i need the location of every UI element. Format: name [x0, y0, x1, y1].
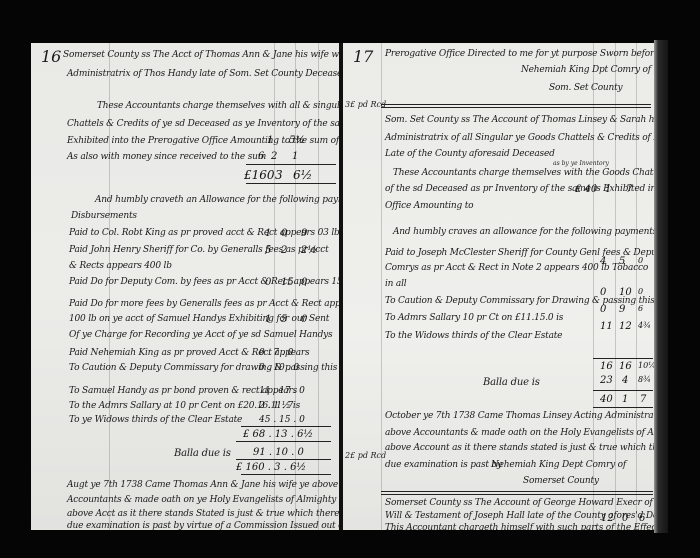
- section-divider: [381, 107, 651, 108]
- commissary-signature: Nehemiah King Dept Comry of: [491, 460, 626, 470]
- grand-total-pence: 7: [640, 394, 646, 405]
- amount-cell: 2: [271, 151, 277, 162]
- disbursement-text: Paid Do for more fees by Generalls fees …: [69, 299, 339, 309]
- amount-pence: 0: [638, 287, 643, 296]
- disbursement-text: Paid to Joseph McClester Sheriff for Cou…: [385, 248, 654, 258]
- disbursement-amount: 45 . 15 . 0: [259, 415, 305, 425]
- amount-pence: 2½: [301, 245, 317, 256]
- amount-cell: 1: [267, 135, 273, 146]
- disbursement-text: & Rects appears 400 lb: [69, 261, 172, 271]
- disbursement-amount: 0 . 7 . 0: [259, 348, 293, 358]
- oath-text: above Accountants & made oath on the Hol…: [385, 428, 654, 438]
- amount-pounds: 11: [600, 321, 613, 332]
- allowance-text: And humbly craves an allowance for the f…: [393, 227, 654, 237]
- amount-shillings: 12: [619, 321, 632, 332]
- charge-text: This Accountant chargeth himself with su…: [385, 523, 654, 530]
- disbursement-amount: 11 . 17 . 0: [259, 386, 305, 396]
- sum-rule: [593, 358, 653, 359]
- commissary-signature: Somerset County: [523, 476, 599, 486]
- next-amount-shillings: 0: [622, 513, 628, 524]
- amount-pence: 0: [301, 277, 307, 288]
- oath-text: due examination is past by: [385, 460, 502, 470]
- amount-cell: 1: [292, 151, 298, 162]
- amount-shillings: 2: [281, 245, 287, 256]
- sum-rule: [241, 474, 331, 475]
- balance-label: Balla due is: [174, 448, 231, 459]
- disbursement-text: To Caution & Deputy Commissary for Drawi…: [385, 296, 654, 306]
- disbursement-amount: 0 . 10 . 0: [259, 363, 299, 373]
- charge-total-pounds: £ 40: [575, 184, 597, 195]
- charge-total-pounds: £160: [244, 168, 275, 182]
- balance-shillings: 4: [622, 375, 628, 386]
- disbursement-text: Comrys as pr Acct & Rect in Note 2 appea…: [385, 263, 648, 273]
- account-header: Administratrix of Thos Handy late of Som…: [67, 69, 339, 79]
- charge-total-shillings: 1: [605, 184, 611, 195]
- disbursement-text: 100 lb on ye acct of Samuel Handys Exhib…: [69, 314, 329, 324]
- disbursement-text: To Admrs Sallary 10 pr Ct on £11.15.0 is: [385, 313, 563, 323]
- charge-text: These Accountants charge themselves with…: [97, 101, 339, 111]
- page-number: 16: [41, 47, 61, 66]
- account-header: Somerset County ss The Account of George…: [385, 498, 654, 508]
- balance-label: Balla due is: [483, 377, 540, 388]
- amount-shillings: 5: [281, 314, 287, 325]
- disbursement-text: To ye Widows thirds of the Clear Estate: [69, 415, 242, 425]
- amount-cell: 5½: [289, 135, 305, 146]
- fee-margin-note: 2£ pd Rcd: [345, 451, 386, 460]
- grand-total-pounds: 40: [600, 394, 613, 405]
- balance-amount: 91 . 10 . 0: [253, 447, 304, 458]
- amount-pounds: 0: [265, 277, 271, 288]
- allowance-text: Disbursements: [71, 211, 137, 221]
- subtotal: £ 68 . 13 . 6½: [243, 429, 313, 440]
- oath-text: Accountants & made oath on ye Holy Evang…: [67, 495, 339, 505]
- commissary-signature: Nehemiah King Dpt Comry of: [521, 65, 651, 75]
- sum-rule: [246, 183, 336, 184]
- charge-text: Office Amounting to: [385, 201, 473, 211]
- oath-text: above Acct as it there stands Stated is …: [67, 509, 339, 519]
- sum-rule: [593, 407, 653, 408]
- sum-rule: [236, 459, 331, 460]
- amount-pence: 4¾: [638, 321, 651, 330]
- amount-shillings: 15: [281, 277, 294, 288]
- amount-pence: 6: [638, 304, 643, 313]
- amount-pounds: 5: [265, 245, 271, 256]
- account-header: Som. Set County ss The Account of Thomas…: [385, 115, 654, 125]
- amount-shillings: 0: [281, 228, 287, 239]
- oath-text: due examination is past by virtue of a C…: [67, 521, 339, 530]
- book-edge: [654, 40, 668, 533]
- interlinear-note: as by ye Inventory: [553, 160, 609, 167]
- next-amount-pence: 6: [639, 513, 645, 524]
- oath-text: October ye 7th 1738 Came Thomas Linsey A…: [385, 411, 654, 421]
- balance-pence: 8¾: [638, 375, 651, 384]
- balance-pounds: 23: [600, 375, 613, 386]
- account-header: Somerset County ss The Acct of Thomas An…: [63, 50, 339, 60]
- disbursement-text: Paid Do for Deputy Com. by fees as pr Ac…: [69, 277, 339, 287]
- continuation-text: Prerogative Office Directed to me for yt…: [385, 49, 654, 59]
- subtotal-pence: 10¼: [638, 361, 654, 370]
- sum-rule: [241, 426, 331, 427]
- allowance-text: And humbly craveth an Allowance for the …: [95, 195, 339, 205]
- disbursement-amount: 2 . 1 . 7: [259, 401, 293, 411]
- charge-text: of the sd Deceased as pr Inventory of th…: [385, 184, 654, 194]
- oath-text: Augt ye 7th 1738 Came Thomas Ann & Jane …: [67, 480, 338, 490]
- oath-text: above Account as it there stands stated …: [385, 443, 654, 453]
- amount-pence: 0: [301, 314, 307, 325]
- disbursement-text: Of ye Charge for Recording ye Acct of ye…: [69, 330, 332, 340]
- section-divider: [381, 104, 651, 105]
- subtotal-shillings: 16: [619, 361, 632, 372]
- amount-pounds: 0: [600, 304, 606, 315]
- amount-pounds: 1: [265, 228, 271, 239]
- charge-text: Chattels & Credits of ye sd Deceased as …: [67, 119, 339, 129]
- left-page: 16 Somerset County ss The Acct of Thomas…: [31, 43, 339, 530]
- sum-rule: [246, 164, 336, 165]
- disbursement-text: To the Widows thirds of the Clear Estate: [385, 331, 562, 341]
- grand-total-shillings: 1: [622, 394, 628, 405]
- amount-shillings: 9: [619, 304, 625, 315]
- sum-rule: [593, 390, 653, 391]
- section-divider: [381, 491, 653, 492]
- disbursement-text: Paid John Henry Sheriff for Co. by Gener…: [69, 245, 329, 255]
- charge-total-pence: 6½: [293, 168, 312, 182]
- section-divider: [381, 494, 653, 495]
- amount-pence: 9: [301, 228, 307, 239]
- account-header: Administratrix of all Singular ye Goods …: [385, 133, 654, 143]
- account-header: Late of the County aforesaid Deceased: [385, 149, 555, 159]
- grand-total: £ 160 . 3 . 6½: [236, 462, 306, 473]
- page-number: 17: [353, 47, 373, 66]
- disbursement-text: Paid to Col. Robt King as pr proved acct…: [69, 228, 339, 238]
- sum-rule: [236, 441, 331, 442]
- next-amount-pounds: 12: [601, 513, 614, 524]
- charge-text: As also with money since received to the…: [67, 152, 266, 162]
- amount-pounds: 1: [265, 314, 271, 325]
- charge-text: These Accountants charge themselves with…: [393, 168, 654, 178]
- fee-margin-note: 3£ pd Rcd: [345, 100, 386, 109]
- disbursement-text: in all: [385, 279, 406, 289]
- commissary-signature: Som. Set County: [549, 83, 622, 93]
- subtotal-pounds: 16: [600, 361, 613, 372]
- charge-total-pence: 7: [626, 184, 632, 195]
- right-page: 17 Prerogative Office Directed to me for…: [343, 43, 654, 530]
- charge-total-shillings: 3: [275, 168, 283, 182]
